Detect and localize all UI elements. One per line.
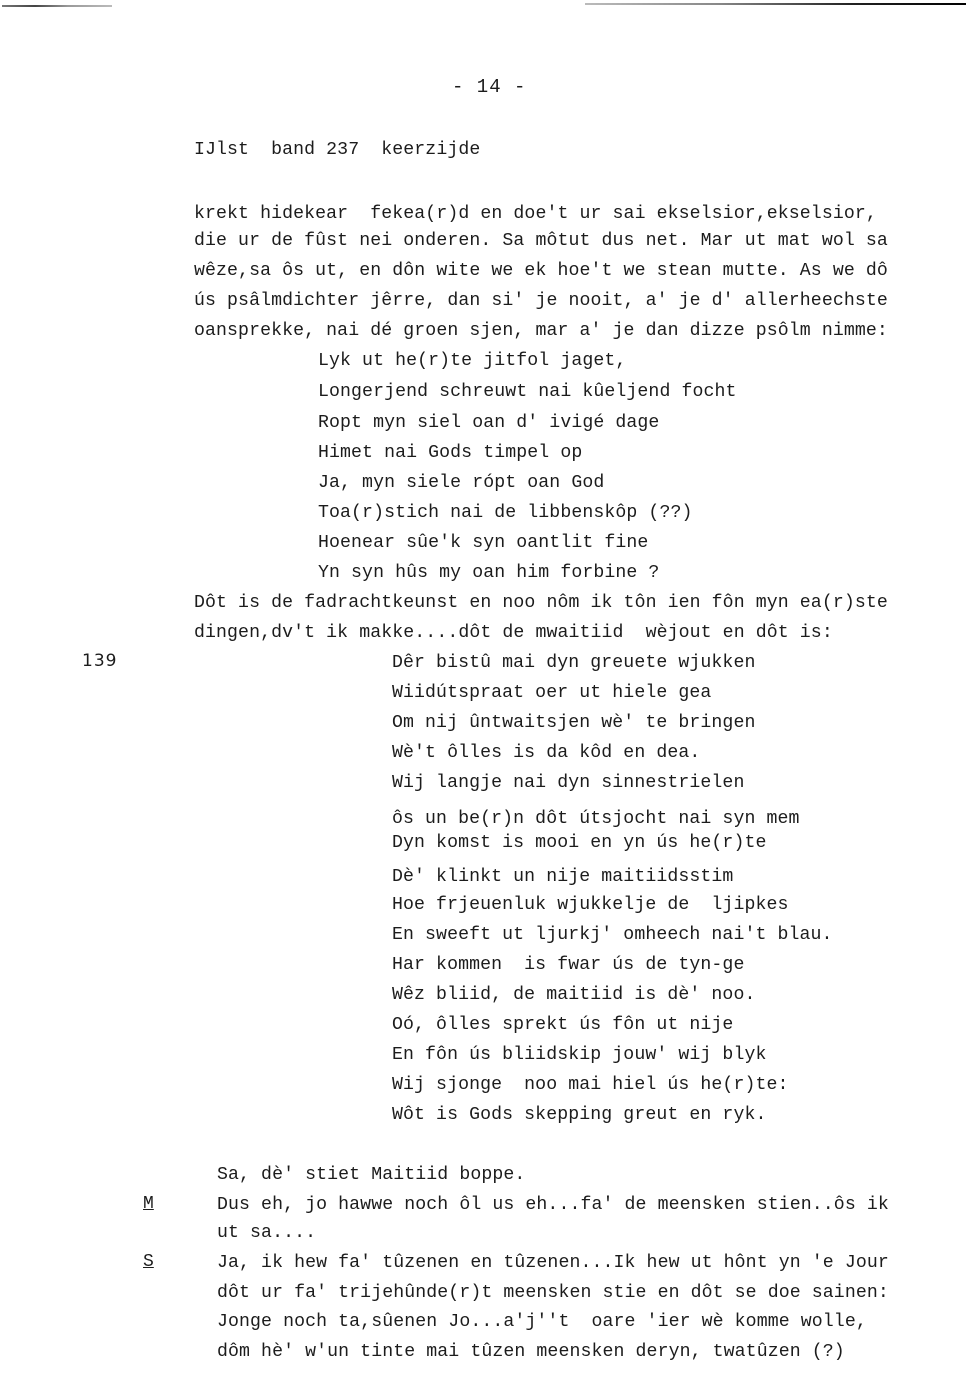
paragraph2-line: dingen,dv't ik makke....dôt de mwaitiid … bbox=[194, 622, 833, 644]
poem2-line: Wôt is Gods skepping greut en ryk. bbox=[392, 1104, 767, 1126]
poem2-line: Wiidútspraat oer ut hiele gea bbox=[392, 682, 711, 704]
paragraph1-line: die ur de fûst nei onderen. Sa môtut dus… bbox=[194, 230, 888, 252]
poem2-line: Dyn komst is mooi en yn ús he(r)te bbox=[392, 832, 767, 854]
dialogue-line: Jonge noch ta,sûenen Jo...a'j''t oare 'i… bbox=[217, 1311, 867, 1333]
speaker-label-s: S bbox=[143, 1252, 154, 1272]
paragraph1-line: wêze,sa ôs ut, en dôn wite we ek hoe't w… bbox=[194, 260, 888, 282]
paragraph1-line: krekt hidekear fekea(r)d en doe't ur sai… bbox=[194, 203, 877, 225]
dialogue-line: dôt ur fa' trijehûnde(r)t meensken stie … bbox=[217, 1282, 889, 1304]
paragraph1-line: ús psâlmdichter jêrre, dan si' je nooit,… bbox=[194, 290, 888, 312]
poem2-line: En sweeft ut ljurkj' omheech nai't blau. bbox=[392, 924, 833, 946]
poem1-line: Ja, myn siele rópt oan God bbox=[318, 472, 604, 494]
poem2-line: Oó, ôlles sprekt ús fôn ut nije bbox=[392, 1014, 733, 1036]
poem1-line: Toa(r)stich nai de libbenskôp (??) bbox=[318, 502, 693, 524]
poem2-line: Wè't ôlles is da kôd en dea. bbox=[392, 742, 700, 764]
speaker-label-m: M bbox=[143, 1194, 154, 1214]
paragraph1-line: oansprekke, nai dé groen sjen, mar a' je… bbox=[194, 320, 888, 342]
poem1-line: Longerjend schreuwt nai kûeljend focht bbox=[318, 381, 737, 403]
dialogue-line: ut sa.... bbox=[217, 1222, 316, 1244]
page-number: - 14 - bbox=[452, 76, 526, 98]
poem2-line: Dè' klinkt un nije maitiidsstim bbox=[392, 866, 733, 888]
dialogue-line: Sa, dè' stiet Maitiid boppe. bbox=[217, 1164, 525, 1186]
scan-border-left bbox=[2, 5, 112, 7]
dialogue-line: dôm hè' w'un tinte mai tûzen meensken de… bbox=[217, 1341, 845, 1363]
scan-border-right bbox=[585, 3, 966, 5]
poem2-line: Om nij ûntwaitsjen wè' te bringen bbox=[392, 712, 755, 734]
poem2-line: Wij langje nai dyn sinnestrielen bbox=[392, 772, 744, 794]
dialogue-line: Dus eh, jo hawwe noch ôl us eh...fa' de … bbox=[217, 1194, 889, 1216]
margin-number: 139 bbox=[82, 651, 117, 671]
poem1-line: Himet nai Gods timpel op bbox=[318, 442, 582, 464]
poem1-line: Hoenear sûe'k syn oantlit fine bbox=[318, 532, 648, 554]
poem1-line: Ropt myn siel oan d' ivigé dage bbox=[318, 412, 659, 434]
poem2-line: En fôn ús bliidskip jouw' wij blyk bbox=[392, 1044, 767, 1066]
dialogue-line: Ja, ik hew fa' tûzenen en tûzenen...Ik h… bbox=[217, 1252, 889, 1274]
poem2-line: ôs un be(r)n dôt útsjocht nai syn mem bbox=[392, 808, 800, 830]
poem2-line: Har kommen is fwar ús de tyn-ge bbox=[392, 954, 744, 976]
poem2-line: Hoe frjeuenluk wjukkelje de ljipkes bbox=[392, 894, 789, 916]
document-header: IJlst band 237 keerzijde bbox=[194, 139, 480, 161]
poem1-line: Lyk ut he(r)te jitfol jaget, bbox=[318, 350, 626, 372]
poem2-line: Wêz bliid, de maitiid is dè' noo. bbox=[392, 984, 755, 1006]
paragraph2-line: Dôt is de fadrachtkeunst en noo nôm ik t… bbox=[194, 592, 888, 614]
poem1-line: Yn syn hûs my oan him forbine ? bbox=[318, 562, 659, 584]
poem2-line: Wij sjonge noo mai hiel ús he(r)te: bbox=[392, 1074, 789, 1096]
poem2-line: Dêr bistû mai dyn greuete wjukken bbox=[392, 652, 755, 674]
